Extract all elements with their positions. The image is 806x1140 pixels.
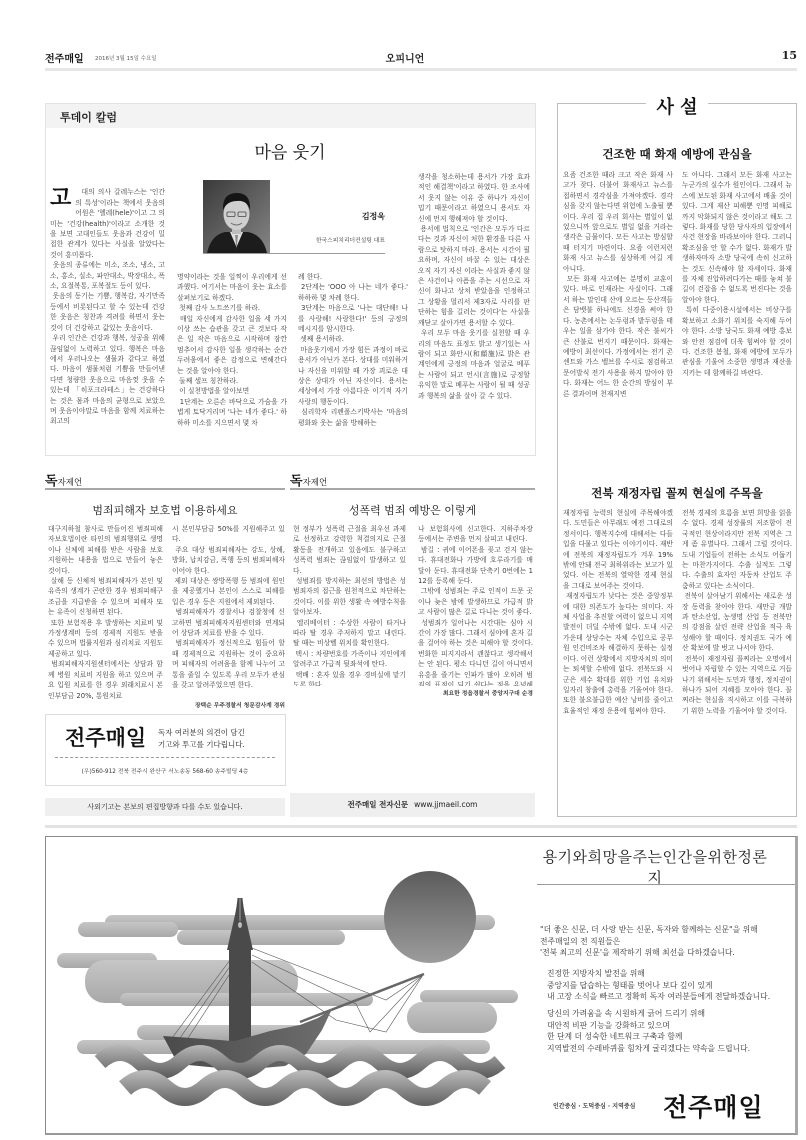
ad-headline: 용기와희망을주는인간을위한정론지 [537, 846, 773, 888]
ad-paragraph-2: 진정한 지방자치 발전을 위해 중앙지를 답습하는 형태를 벗어나 보다 깊이 … [547, 968, 770, 1003]
ad-tagline: 인간중심 · 도덕중심 · 지역중심 [553, 1101, 635, 1110]
issue-date: 2016년 3월 15일 수요일 [95, 54, 157, 62]
reader-opinion-title-1: 범죄피해자 보호법 이용하세요 [45, 502, 285, 518]
reader-opinion-2-text-1: 현 정부가 성폭력 근절을 최우선 과제로 선정하고 강력한 척결의지로 근절활… [293, 524, 406, 686]
sailboat-lighthouse-illustration-icon [46, 838, 534, 1132]
section-title: 오피니언 [375, 50, 435, 65]
ad-paragraph-1: "더 좋은 신문, 더 사랑 받는 신문, 독자와 함께하는 신문"을 위해 전… [540, 924, 758, 959]
today-column-text-4: 생각을 청소하는데 용서가 가장 효과적인 해결책'이라고 하였다. 한 조사에… [418, 172, 530, 440]
today-column-header-strip [46, 104, 535, 128]
author-portrait-icon [203, 180, 270, 253]
editorial-label: 사 설 [646, 97, 707, 118]
ad-line: 대안적 비판 기능을 강화하고 있으며 [547, 1020, 750, 1032]
epaper-name: 전주매일 전자신문 [348, 800, 409, 809]
message-line: 기고와 투고를 기다립니다. [158, 739, 245, 751]
ad-headline-rule [537, 884, 795, 885]
epaper-url: www.jjmaeil.com [414, 800, 477, 809]
today-column-text-1: 고대의 의사 갈레누스는 '인간의 특성'이라는 책에서 웃음의 어원은 '헬레… [50, 177, 165, 440]
ad-line: '전북 최고의 신문'을 제작하기 위해 최선을 다하겠습니다. [540, 947, 758, 959]
today-column-text-2: 명약이라는 것을 일찍이 우리에게 선과했다. 여기서는 마음이 웃는 효소를 … [177, 272, 287, 440]
today-column-text-3: 례 한다. 2단계는 'OOO 아 나는 네가 좋다.' 하하하 몇 차례 한다… [298, 272, 408, 440]
reader-opinion-byline-2: 최요한 정읍경찰서 중앙지구대 순경 [340, 688, 533, 697]
ad-line: "더 좋은 신문, 더 사랑 받는 신문, 독자와 함께하는 신문"을 위해 [540, 924, 758, 936]
disclaimer-strip: 사외기고는 본보의 편집방향과 다를 수도 있습니다. [45, 798, 285, 816]
editorial-title-1: 건조한 때 화재 예방에 관심을 [557, 146, 797, 162]
editorial-label-wrap: 사 설 [557, 93, 797, 119]
section-separator [45, 825, 797, 828]
ad-line: 진정한 지방자치 발전을 위해 [547, 968, 770, 980]
header-divider [45, 68, 797, 71]
message-line: 독자 여러분의 의견이 담긴 [158, 727, 245, 739]
label-initial: 독 [45, 474, 58, 489]
ad-line: 한 단계 더 성숙한 네트워크 구축과 함께 [547, 1031, 750, 1043]
label-initial: 독 [290, 474, 303, 489]
ad-line: 내 고장 소식을 빠르고 정확히 독자 여러분들에게 전달하겠습니다. [547, 991, 770, 1003]
editorial-1-text-1: 요즘 건조한 때라 크고 작은 화재 사고가 잦다. 더불어 화재사고 뉴스를 … [563, 170, 673, 442]
reader-opinion-rule-2 [290, 488, 535, 490]
editorial-2-text-1: 재정자립 능력의 현실에 주목해야겠다. 도민들은 아무래도 예전 그대로의 정… [563, 508, 673, 810]
author-rule [203, 253, 385, 254]
contribution-address: (우)560-912 전북 전주시 완산구 서노송동 568-60 송주빌딩 4… [45, 766, 285, 775]
epaper-strip: 전주매일 전자신문www.jjmaeil.com [290, 793, 535, 817]
ad-line: 지역발전의 수레바퀴를 힘차게 굴리겠다는 약속을 드립니다. [547, 1043, 750, 1055]
ad-logo: 전주매일 [663, 1088, 764, 1124]
reader-opinion-2-text-2: 나 보험회사에 신고한다. 지하주차장 등에서는 주변을 먼저 살피고 내린다.… [418, 524, 533, 686]
today-column-label: 투데이 칼럼 [60, 109, 117, 125]
contribution-logo: 전주매일 [65, 722, 146, 752]
ad-line: 중앙지를 답습하는 형태를 벗어나 보다 깊이 있게 [547, 980, 770, 992]
ad-paragraph-3: 당신의 가려움을 속 시원하게 긁어 드리기 위해 대안적 비판 기능을 강화하… [547, 1008, 750, 1054]
drop-cap: 고 [50, 187, 71, 209]
author-affiliation: 한국스피치리더컨설팅 대표 [262, 235, 385, 244]
editorial-1-text-2: 도 아니다. 그래서 모든 화재 사고는 누군가의 실수가 원인이다. 그래서 … [682, 170, 792, 442]
reader-opinion-label-2: 독자제언 [290, 470, 327, 489]
masthead-logo: 전주매일 [45, 50, 84, 65]
label-rest: 자제언 [58, 478, 83, 488]
reader-opinion-1-text-1: 대구지하철 참사로 만들어진 범죄피해자보호법이란 타인의 범죄행위로 생명이나… [48, 524, 163, 700]
contribution-message: 독자 여러분의 의견이 담긴 기고와 투고를 기다립니다. [158, 727, 245, 751]
reader-opinion-1-text-2: 시 본인부담금 50%를 지원해주고 있다. 주요 대상 범죄피해자는 강도, … [172, 524, 285, 700]
ad-line: 당신의 가려움을 속 시원하게 긁어 드리기 위해 [547, 1008, 750, 1020]
reader-opinion-title-2: 성폭력 범죄 예방은 이렇게 [290, 502, 535, 518]
reader-opinion-rule-1 [45, 488, 285, 490]
editorial-title-2: 전북 재정자립 꼴찌 현실에 주목을 [557, 485, 797, 501]
dashed-divider [55, 757, 275, 758]
author-name: 김정욱 [300, 211, 385, 222]
reader-opinion-byline-1: 장택순 무주경찰서 청문감사계 경위 [100, 700, 285, 709]
page-number: 15 [770, 49, 797, 62]
column-text: 대의 의사 갈레누스는 '인간의 특성'이라는 책에서 웃음의 어원은 '헬레(… [50, 188, 165, 425]
today-column-title: 마음 웃기 [190, 138, 390, 163]
reader-opinion-label-1: 독자제언 [45, 470, 82, 489]
ad-line: 전주매일의 전 직원들은 [540, 936, 758, 948]
label-rest: 자제언 [303, 478, 328, 488]
editorial-2-text-2: 전북 경제의 흐름을 보면 희망을 읽을 수 없다. 경제 성장률의 저조함이 … [682, 508, 792, 810]
